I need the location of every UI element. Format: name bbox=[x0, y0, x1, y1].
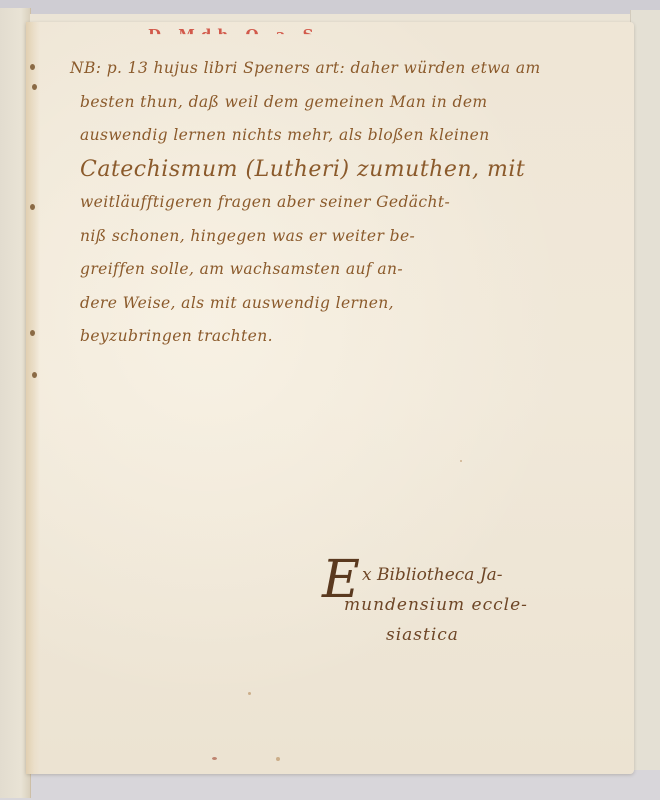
paper-speck bbox=[212, 757, 217, 760]
note-line-5: weitläufftigeren fragen aber seiner Gedä… bbox=[70, 186, 610, 220]
ex-libris-initial: E bbox=[322, 554, 360, 606]
note-line-2: besten thun, daß weil dem gemeinen Man i… bbox=[70, 86, 610, 120]
ex-libris-line-2: mundensium eccle- bbox=[322, 590, 602, 620]
note-line-7: greiffen solle, am wachsamsten auf an- bbox=[70, 253, 610, 287]
ex-libris-line-3: siastica bbox=[322, 620, 602, 650]
paper-speck bbox=[276, 757, 280, 761]
handwritten-note: NB: p. 13 hujus libri Speners art: daher… bbox=[70, 52, 610, 354]
note-line-4: Catechismum (Lutheri) zumuthen, mit bbox=[70, 153, 610, 187]
note-line-3: auswendig lernen nichts mehr, als bloßen… bbox=[70, 119, 610, 153]
paper-speck bbox=[460, 460, 462, 462]
binding-hole bbox=[32, 84, 37, 90]
ex-libris-inscription: E x Bibliotheca Ja- mundensium eccle- si… bbox=[322, 560, 602, 650]
book-board-edge bbox=[630, 10, 660, 770]
binding-hole bbox=[30, 204, 35, 210]
binding-hole bbox=[30, 64, 35, 70]
note-line-6: niß schonen, hingegen was er weiter be- bbox=[70, 220, 610, 254]
note-line-8: dere Weise, als mit auswendig lernen, bbox=[70, 287, 610, 321]
binding-hole bbox=[30, 330, 35, 336]
note-line-1: NB: p. 13 hujus libri Speners art: daher… bbox=[70, 52, 610, 86]
binding-hole bbox=[32, 372, 37, 378]
paper-speck bbox=[248, 692, 251, 695]
note-line-9: beyzubringen trachten. bbox=[70, 320, 610, 354]
ex-libris-line-1: x Bibliotheca Ja- bbox=[322, 560, 602, 590]
